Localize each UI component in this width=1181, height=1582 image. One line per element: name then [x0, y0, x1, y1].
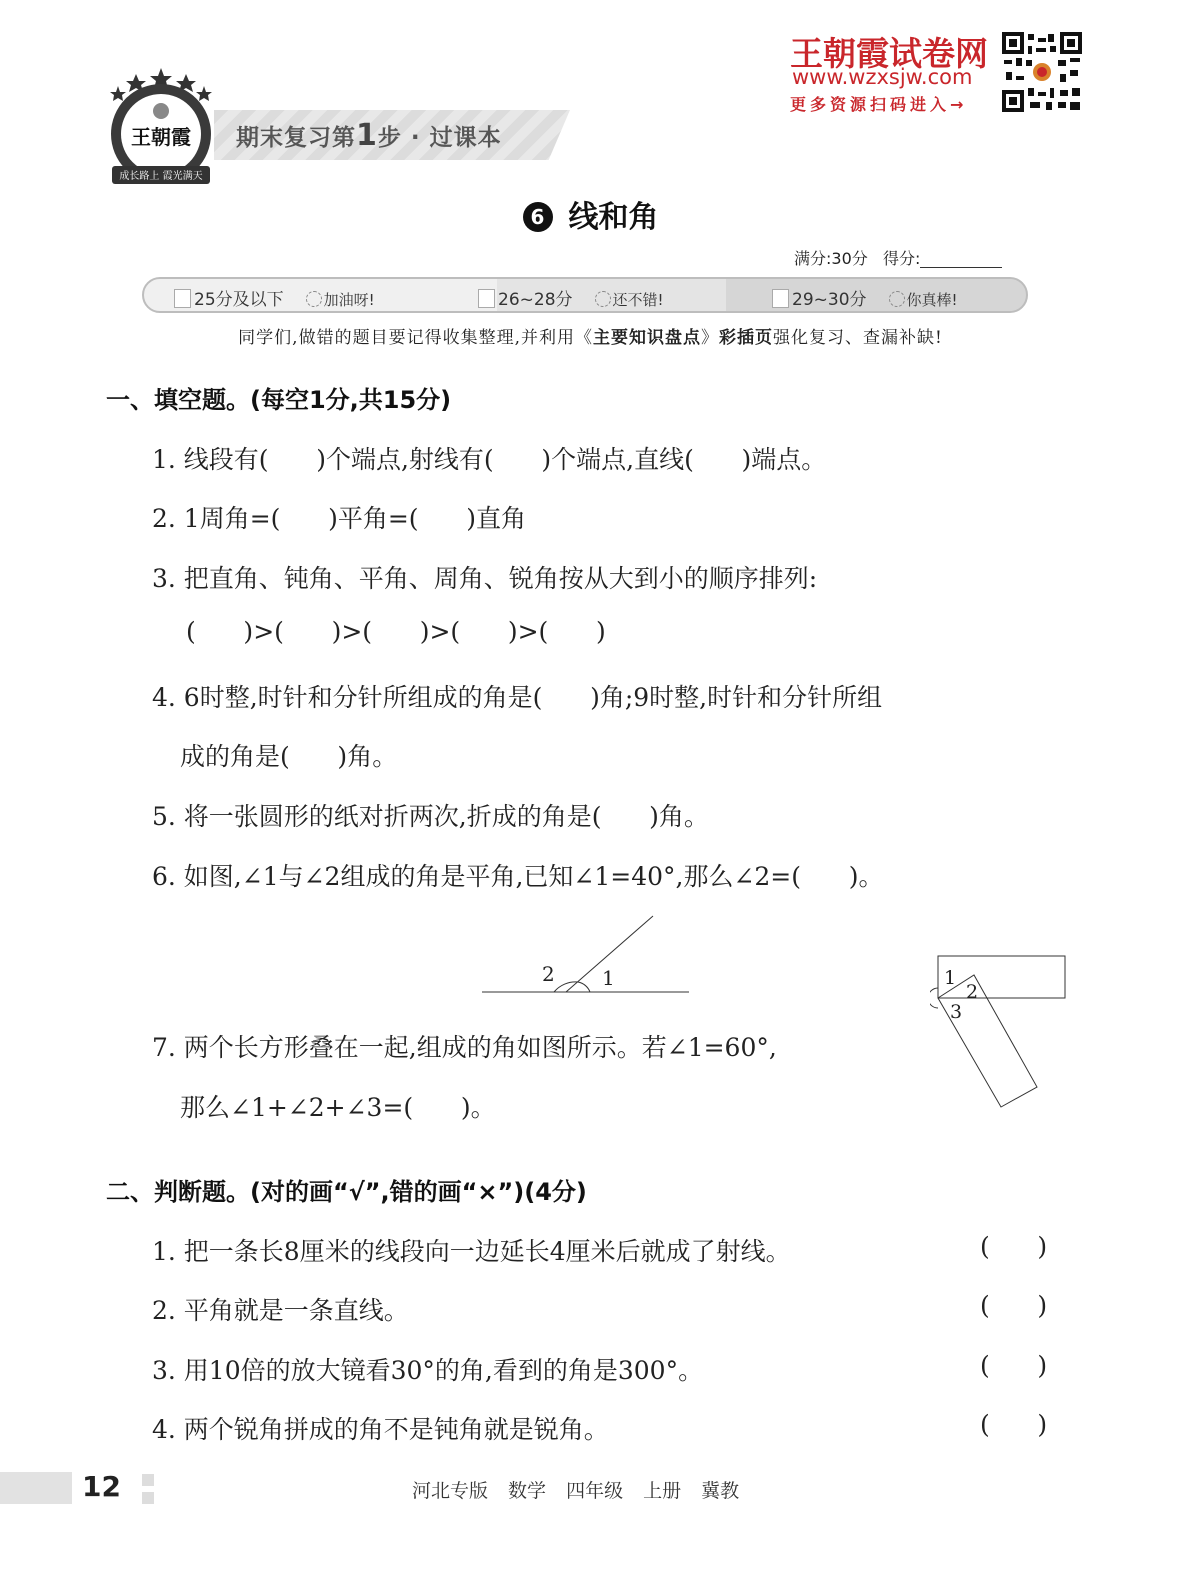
- answer-blank-3[interactable]: ( ): [980, 1351, 1047, 1380]
- judge-question-3: 3. 用10倍的放大镜看30°的角,看到的角是300°。: [152, 1351, 703, 1387]
- grade-range: 29~30分: [792, 290, 867, 310]
- question-1-6: 6. 如图,∠1与∠2组成的角是平角,已知∠1=40°,那么∠2=( )。: [152, 857, 883, 893]
- answer-blank-2[interactable]: ( ): [980, 1291, 1047, 1320]
- question-1-4: 4. 6时整,时针和分针所组成的角是( )角;9时整,时针和分针所组: [152, 678, 882, 714]
- svg-text:1: 1: [602, 966, 615, 990]
- judge-question-2: 2. 平角就是一条直线。: [152, 1291, 409, 1327]
- figure-angle-1-2: 2 1: [470, 905, 700, 1000]
- grade-segment-low: 25分及以下加油呀!: [174, 285, 375, 310]
- svg-text:2: 2: [966, 981, 978, 1003]
- checkbox[interactable]: [772, 289, 789, 308]
- grade-bar: 25分及以下加油呀! 26~28分还不错! 29~30分你真棒!: [142, 277, 1028, 313]
- section-heading-fill-in: 一、填空题。(每空1分,共15分): [106, 380, 451, 415]
- svg-text:王朝霞: 王朝霞: [131, 125, 191, 149]
- note-text: 同学们,做错的题目要记得收集整理,并利用《: [238, 328, 593, 348]
- judge-question-4: 4. 两个锐角拼成的角不是钝角就是锐角。: [152, 1410, 609, 1446]
- banner-suffix: 步 · 过课本: [378, 125, 502, 151]
- footer-bar: [0, 1472, 72, 1504]
- checkbox[interactable]: [174, 289, 191, 308]
- grade-segment-mid: 26~28分还不错!: [478, 285, 664, 310]
- unit-title: 线和角: [569, 200, 659, 235]
- question-1-3: 3. 把直角、钝角、平角、周角、锐角按从大到小的顺序排列:: [152, 559, 817, 595]
- grade-message: 加油呀!: [324, 291, 375, 309]
- unit-number-badge: 6: [523, 202, 553, 232]
- judge-question-1: 1. 把一条长8厘米的线段向一边延长4厘米后就成了射线。: [152, 1232, 791, 1268]
- face-icon: [889, 291, 905, 307]
- section-heading-true-false: 二、判断题。(对的画“√”,错的画“×”)(4分): [106, 1172, 587, 1207]
- answer-blank-1[interactable]: ( ): [980, 1232, 1047, 1261]
- question-1-7-cont: 那么∠1+∠2+∠3=( )。: [180, 1088, 496, 1124]
- figure-overlapping-rectangles: 1 2 3: [930, 950, 1075, 1115]
- note-bold: 彩插页: [719, 328, 773, 348]
- page-number: 12: [82, 1470, 121, 1503]
- svg-text:2: 2: [542, 962, 555, 986]
- score-blank[interactable]: [920, 251, 1002, 268]
- grade-message: 你真棒!: [907, 291, 958, 309]
- step-banner-text: 期末复习第1步 · 过课本: [236, 118, 502, 153]
- face-icon: [306, 291, 322, 307]
- question-1-4-cont: 成的角是( )角。: [180, 737, 397, 773]
- checkbox[interactable]: [478, 289, 495, 308]
- publisher-logo: 王朝霞 成长路上 霞光满天: [106, 66, 216, 188]
- score-line: 满分:30分 得分:: [794, 246, 1002, 269]
- qr-code-icon[interactable]: [1002, 32, 1082, 112]
- grade-segment-high: 29~30分你真棒!: [772, 285, 958, 310]
- svg-text:成长路上 霞光满天: 成长路上 霞光满天: [119, 169, 202, 182]
- question-1-5: 5. 将一张圆形的纸对折两次,折成的角是( )角。: [152, 797, 709, 833]
- banner-prefix: 期末复习第: [236, 125, 356, 151]
- study-note: 同学们,做错的题目要记得收集整理,并利用《主要知识盘点》彩插页强化复习、查漏补缺…: [0, 323, 1181, 348]
- svg-text:3: 3: [950, 1001, 962, 1023]
- edition-info: 河北专版 数学 四年级 上册 冀教: [412, 1476, 739, 1503]
- footer-decor: [142, 1492, 154, 1504]
- brand-url[interactable]: www.wzxsjw.com: [792, 65, 972, 89]
- footer-decor: [142, 1474, 154, 1486]
- grade-message: 还不错!: [613, 291, 664, 309]
- got-score-label: 得分:: [883, 249, 920, 268]
- banner-step: 1: [356, 118, 378, 153]
- page-title: 6线和角: [0, 192, 1181, 236]
- grade-range: 25分及以下: [194, 290, 284, 310]
- face-icon: [595, 291, 611, 307]
- question-1-7: 7. 两个长方形叠在一起,组成的角如图所示。若∠1=60°,: [152, 1028, 777, 1064]
- note-text: 》: [701, 328, 719, 348]
- question-1-1: 1. 线段有( )个端点,射线有( )个端点,直线( )端点。: [152, 440, 826, 476]
- question-1-2: 2. 1周角=( )平角=( )直角: [152, 499, 526, 535]
- note-text: 强化复习、查漏补缺!: [773, 328, 943, 348]
- brand-scan-text: 更多资源扫码进入→: [790, 92, 967, 115]
- question-1-3-blanks: ( )>( )>( )>( )>( ): [186, 617, 606, 646]
- answer-blank-4[interactable]: ( ): [980, 1410, 1047, 1439]
- svg-text:1: 1: [944, 967, 956, 989]
- full-score-label: 满分:30分: [794, 249, 868, 268]
- note-bold: 主要知识盘点: [593, 328, 701, 348]
- grade-range: 26~28分: [498, 290, 573, 310]
